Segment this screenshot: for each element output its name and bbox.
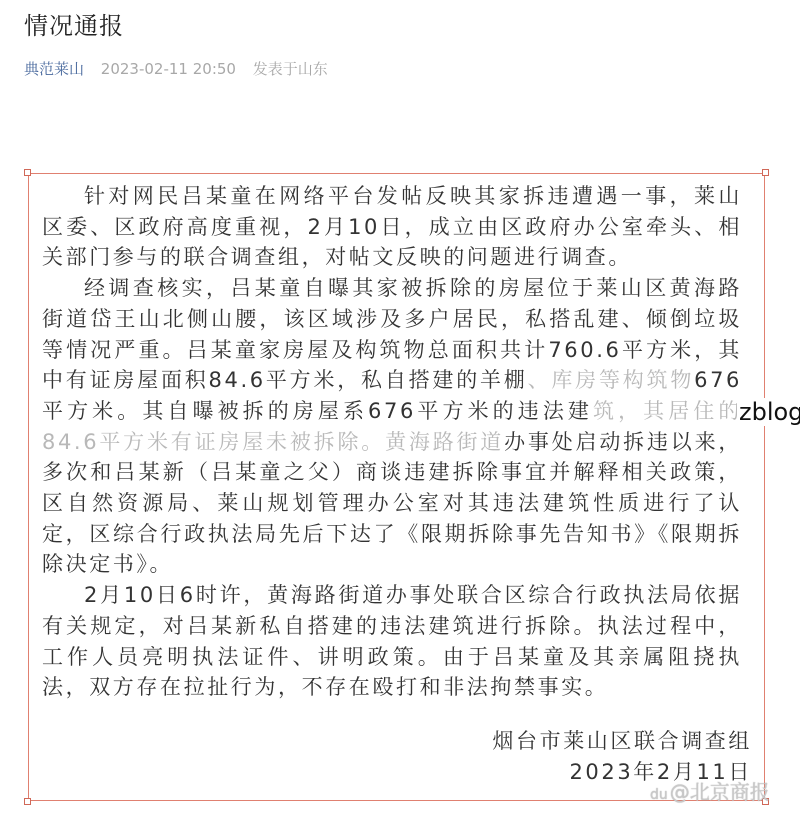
signature-org: 烟台市莱山区联合调查组 [492, 726, 752, 757]
publish-location: 发表于山东 [253, 60, 328, 78]
paragraph-2-faded-1: 、库房等构筑物 [528, 368, 695, 392]
publish-time: 2023-02-11 20:50 [101, 60, 236, 78]
resize-handle-top-left[interactable] [24, 169, 31, 176]
resize-handle-top-right[interactable] [762, 169, 769, 176]
paragraph-1: 针对网民吕某童在网络平台发帖反映其家拆违遭遇一事，莱山区委、区政府高度重视，2月… [42, 181, 742, 273]
article-meta: 典范莱山 2023-02-11 20:50 发表于山东 [24, 58, 328, 79]
zblog-overlay-label: zblog [737, 398, 800, 426]
watermark-text: @北京商报 [670, 780, 770, 804]
paragraph-3: 2月10日6时许，黄海路街道办事处联合区综合行政执法局依据有关规定，对吕某新私自… [42, 580, 742, 703]
article-title: 情况通报 [24, 6, 124, 41]
watermark: du@北京商报 [650, 776, 770, 805]
watermark-logo-icon: du [650, 787, 668, 803]
author-link[interactable]: 典范莱山 [24, 60, 84, 78]
paragraph-2: 经调查核实，吕某童自曝其家被拆除的房屋位于莱山区黄海路街道岱王山北侧山腰，该区域… [42, 273, 742, 580]
notice-body: 针对网民吕某童在网络平台发帖反映其家拆违遭遇一事，莱山区委、区政府高度重视，2月… [42, 181, 742, 703]
resize-handle-bottom-left[interactable] [24, 798, 31, 805]
